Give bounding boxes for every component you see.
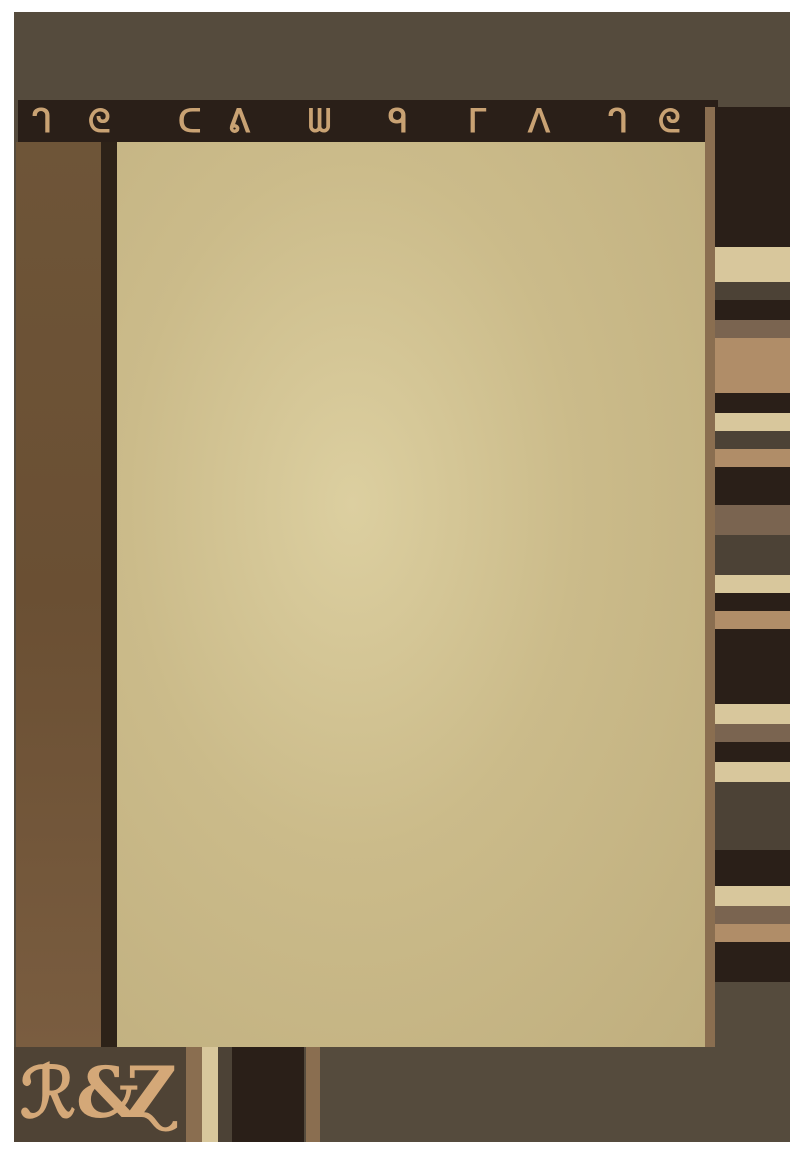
stripe <box>715 300 790 320</box>
corner-glyph: ℛ <box>20 1051 76 1134</box>
stripe <box>715 724 790 742</box>
corner-glyph: Ɀ <box>126 1051 177 1134</box>
motif-glyph: ᘓ <box>88 102 111 141</box>
stripe <box>715 431 790 449</box>
top-motif-band: ᒉ ᘓ ᑕ ᕕ ᗯ ᑫ ᒥ ᐱ ᒉ ᘓ <box>18 100 718 142</box>
bottom-cream-bar <box>202 1047 218 1142</box>
stripe <box>715 320 790 338</box>
stripe <box>715 704 790 724</box>
motif-glyph: ᑫ <box>388 102 408 140</box>
stripe <box>715 535 790 575</box>
stripe <box>715 338 790 393</box>
stripe <box>715 575 790 593</box>
motif-glyph: ᑕ <box>178 102 201 140</box>
stripe <box>715 107 790 247</box>
stripe <box>715 393 790 413</box>
stripe <box>715 449 790 467</box>
motif-glyph: ᘓ <box>658 102 681 141</box>
left-panel <box>16 142 101 1047</box>
motif-glyph: ᒉ <box>608 102 628 140</box>
stripe <box>715 413 790 431</box>
stripe <box>715 906 790 924</box>
stripe <box>715 762 790 782</box>
corner-panel: ℛ & Ɀ <box>14 1047 186 1142</box>
bottom-tan-bar <box>186 1047 202 1142</box>
left-dark-line <box>101 142 117 1047</box>
stripe <box>715 629 790 704</box>
stripe <box>715 611 790 629</box>
right-tan-line <box>705 107 715 1047</box>
stripe <box>715 467 790 505</box>
stripe <box>715 742 790 762</box>
stripe <box>715 247 790 282</box>
stripe <box>715 886 790 906</box>
stripe <box>715 282 790 300</box>
stripe <box>715 505 790 535</box>
central-field <box>117 142 705 1047</box>
motif-glyph: ᗯ <box>308 102 331 141</box>
bottom-dark-bar <box>232 1047 304 1142</box>
bottom-tan-bar-2 <box>306 1047 320 1142</box>
stripe <box>715 924 790 942</box>
motif-glyph: ᕕ <box>228 102 250 140</box>
stripe <box>715 782 790 850</box>
stripe <box>715 850 790 886</box>
right-stripe-column <box>715 107 790 1007</box>
stripe <box>715 942 790 982</box>
bottom-gray-bar <box>218 1047 232 1142</box>
motif-glyph: ᒥ <box>468 102 486 140</box>
motif-glyph: ᐱ <box>528 102 550 140</box>
rug: ᒉ ᘓ ᑕ ᕕ ᗯ ᑫ ᒥ ᐱ ᒉ ᘓ ℛ & Ɀ <box>14 12 790 1142</box>
motif-glyph: ᒉ <box>32 102 52 140</box>
stripe <box>715 593 790 611</box>
